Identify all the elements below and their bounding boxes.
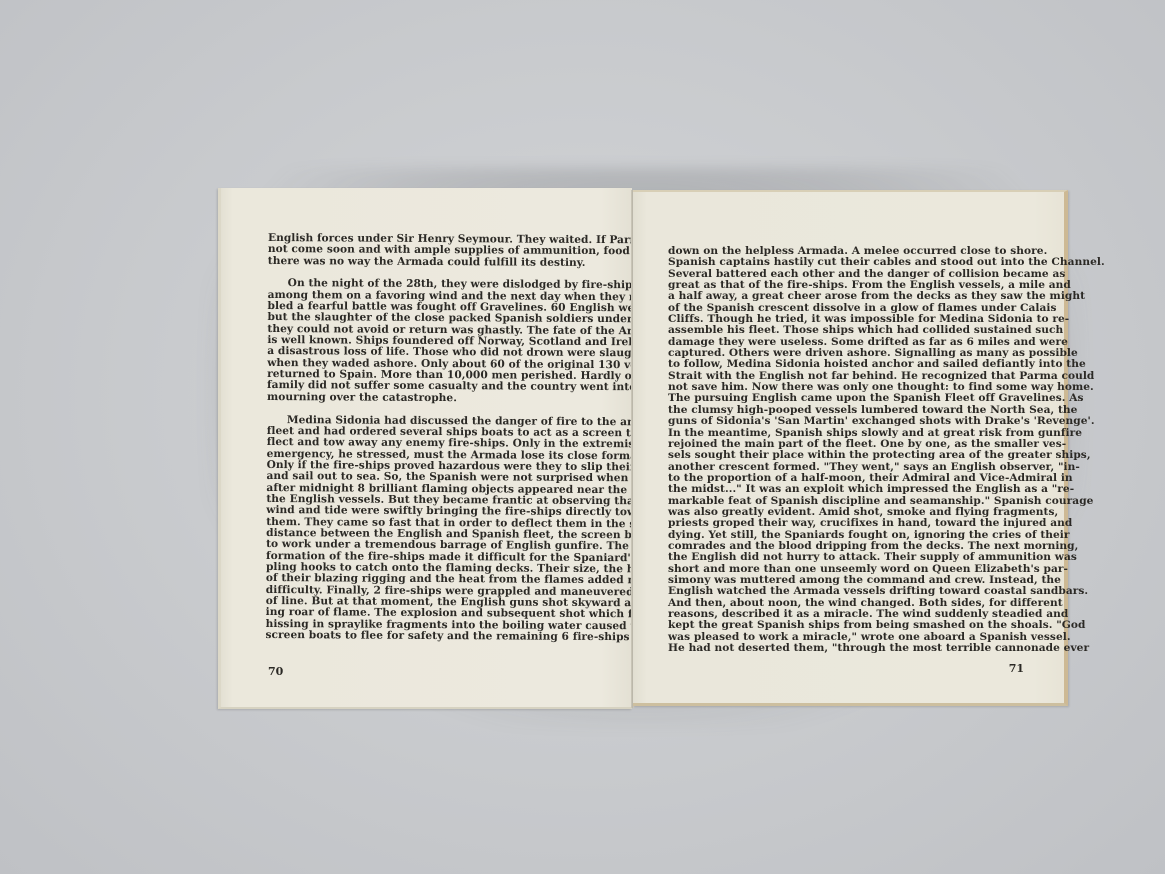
- text-line: sels sought their place within the prote…: [668, 450, 1105, 461]
- text-line: He had not deserted them, "through the m…: [668, 643, 1105, 654]
- right-page-text: down on the helpless Armada. A melee occ…: [668, 246, 1105, 654]
- page-number-right: 71: [1009, 662, 1024, 675]
- text-line: English watched the Armada vessels drift…: [668, 586, 1105, 597]
- text-line: Spanish captains hastily cut their cable…: [668, 257, 1105, 268]
- text-line: the English did not hurry to attack. The…: [668, 552, 1105, 563]
- text-line: priests groped their way, crucifixes in …: [668, 518, 1105, 529]
- text-line: screen boats to flee for safety and the …: [266, 630, 694, 644]
- text-line: kept the great Spanish ships from being …: [668, 620, 1105, 631]
- left-page: English forces under Sir Henry Seymour. …: [218, 188, 632, 709]
- text-line: guns of Sidonia's 'San Martin' exchanged…: [668, 416, 1105, 427]
- right-page: down on the helpless Armada. A melee occ…: [633, 190, 1068, 706]
- text-line: the midst..." It was an exploit which im…: [668, 484, 1105, 495]
- page-number-left: 70: [268, 665, 283, 678]
